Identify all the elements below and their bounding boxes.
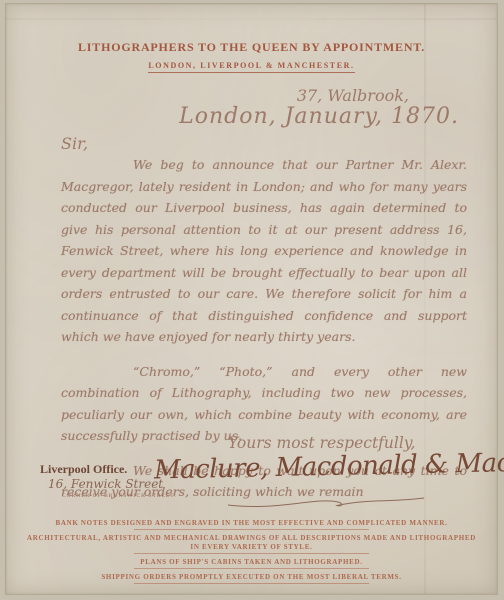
signature-flourish — [226, 496, 426, 510]
paragraph-announcement: We beg to announce that our Partner Mr. … — [61, 154, 467, 348]
footer-services: BANK NOTES DESIGNED AND ENGRAVED IN THE … — [6, 519, 497, 588]
footer-line-cabins: PLANS OF SHIP'S CABINS TAKEN AND LITHOGR… — [26, 558, 478, 569]
closing: Yours most respectfully, — [228, 434, 415, 452]
salutation: Sir, — [61, 134, 88, 153]
footer-line-shipping: SHIPPING ORDERS PROMPTLY EXECUTED ON THE… — [26, 573, 478, 584]
footer-line-banknotes: BANK NOTES DESIGNED AND ENGRAVED IN THE … — [26, 519, 478, 530]
letter-paper: LITHOGRAPHERS TO THE QUEEN BY APPOINTMEN… — [5, 3, 498, 595]
letterhead-city-date: London, January, 1870. — [179, 104, 459, 129]
liverpool-office-block: Liverpool Office. 16, Fenwick Street COR… — [40, 462, 177, 499]
liverpool-office-title: Liverpool Office. — [40, 462, 177, 477]
paper-crease-horizontal — [6, 18, 497, 20]
liverpool-office-address: 16, Fenwick Street — [48, 477, 177, 491]
letterhead-street: 37, Walbrook, — [297, 86, 409, 105]
letterhead: LITHOGRAPHERS TO THE QUEEN BY APPOINTMEN… — [6, 40, 497, 73]
letterhead-title: LITHOGRAPHERS TO THE QUEEN BY APPOINTMEN… — [6, 40, 497, 55]
letterhead-subtitle: LONDON, LIVERPOOL & MANCHESTER. — [148, 61, 354, 73]
liverpool-office-note: CORNER OF BRUNSWICK STREET. — [62, 493, 177, 499]
footer-line-drawings: ARCHITECTURAL, ARTISTIC AND MECHANICAL D… — [26, 534, 478, 554]
